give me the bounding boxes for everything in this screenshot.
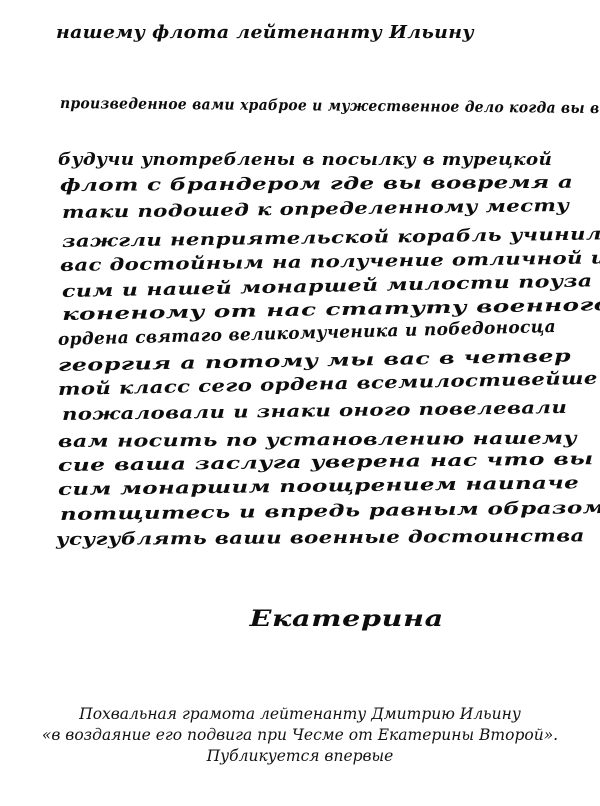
- letter-body-line-15: сим монаршим поощрением наипаче: [58, 473, 580, 500]
- caption-line-3: Публикуется впервые: [0, 746, 600, 767]
- letter-address-line: нашему флота лейтенанту Ильину: [56, 22, 474, 43]
- caption-line-1: Похвальная грамота лейтенанту Дмитрию Ил…: [0, 704, 600, 725]
- letter-body-line-13: вам носить по установлению нашему: [58, 429, 577, 452]
- letter-body-line-5: зажгли неприятельской корабль учинили: [62, 224, 600, 252]
- letter-body-line-12: пожаловали и знаки оного повелевали: [62, 398, 568, 425]
- letter-body-line-2: будучи употреблены в посылку в турецкой: [58, 150, 552, 170]
- handwritten-letter: нашему флота лейтенанту Ильину произведе…: [0, 0, 600, 690]
- letter-body-line-17: усугублять ваши военные достоинства: [56, 526, 585, 550]
- image-caption: Похвальная грамота лейтенанту Дмитрию Ил…: [0, 704, 600, 767]
- letter-body-line-4: таки подошед к определенному месту: [62, 196, 570, 223]
- document-page: нашему флота лейтенанту Ильину произведе…: [0, 0, 600, 806]
- signature-ekaterina: Екатерина: [250, 606, 444, 632]
- letter-body-line-16: потщитесь и впредь равным образом: [60, 498, 600, 525]
- letter-body-line-3: флот с брандером где вы вовремя а: [60, 173, 573, 196]
- caption-line-2: «в воздаяние его подвига при Чесме от Ек…: [0, 725, 600, 746]
- letter-body-line-1: произведенное вами храброе и мужественно…: [60, 94, 600, 119]
- letter-body-line-14: сие ваша заслуга уверена нас что вы: [58, 449, 594, 476]
